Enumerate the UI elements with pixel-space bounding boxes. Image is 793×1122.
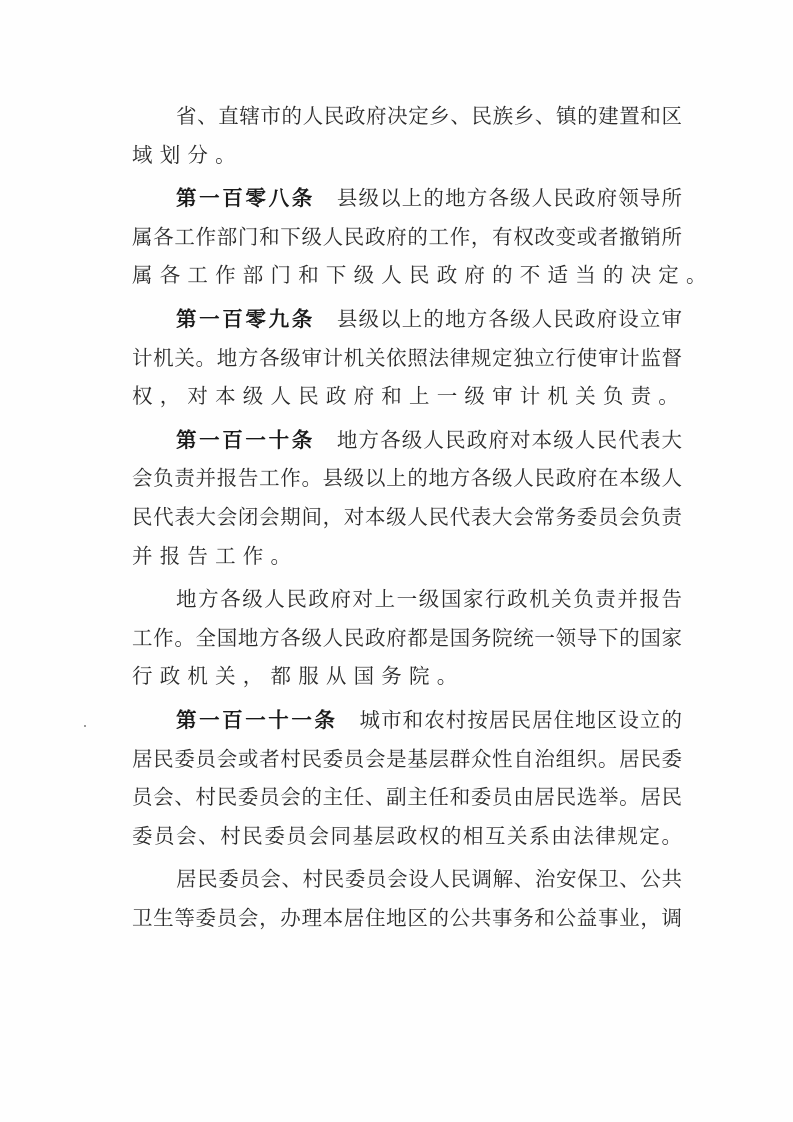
text-line: 第一百零九条县级以上的地方各级人民政府设立审 bbox=[132, 300, 682, 339]
text-line: 第一百零八条县级以上的地方各级人民政府领导所 bbox=[132, 179, 682, 218]
text-line: 员会、村民委员会的主任、副主任和委员由居民选举。居民 bbox=[132, 778, 682, 817]
text-line: 居民委员会、村民委员会设人民调解、治安保卫、公共 bbox=[132, 860, 682, 899]
text-line: 民代表大会闭会期间，对本级人民代表大会常务委员会负责 bbox=[132, 498, 682, 537]
article-text: 地方各级人民政府对本级人民代表大 bbox=[337, 428, 682, 452]
text-line: 委员会、村民委员会同基层政权的相互关系由法律规定。 bbox=[132, 817, 682, 856]
article-text: 城市和农村按居民居住地区设立的 bbox=[360, 708, 683, 732]
text-line: 并报告工作。 bbox=[132, 537, 682, 576]
text-line: 域划分。 bbox=[132, 136, 682, 175]
article-111-paragraph-2: 居民委员会、村民委员会设人民调解、治安保卫、公共 卫生等委员会，办理本居住地区的… bbox=[132, 860, 682, 937]
article-text: 县级以上的地方各级人民政府设立审 bbox=[337, 307, 682, 331]
text-line: 第一百一十条地方各级人民政府对本级人民代表大 bbox=[132, 421, 682, 460]
text-line: 居民委员会或者村民委员会是基层群众性自治组织。居民委 bbox=[132, 740, 682, 779]
text-line: 地方各级人民政府对上一级国家行政机关负责并报告 bbox=[132, 580, 682, 619]
paragraph-continuation: 省、直辖市的人民政府决定乡、民族乡、镇的建置和区 域划分。 bbox=[132, 97, 682, 174]
article-heading: 第一百一十一条 bbox=[176, 708, 338, 732]
document-page: 省、直辖市的人民政府决定乡、民族乡、镇的建置和区 域划分。 第一百零八条县级以上… bbox=[0, 0, 793, 1122]
text-line: 工作。全国地方各级人民政府都是国务院统一领导下的国家 bbox=[132, 619, 682, 658]
text-line: 属各工作部门和下级人民政府的不适当的决定。 bbox=[132, 256, 682, 295]
article-text: 县级以上的地方各级人民政府领导所 bbox=[337, 186, 682, 210]
article-110-paragraph-2: 地方各级人民政府对上一级国家行政机关负责并报告 工作。全国地方各级人民政府都是国… bbox=[132, 580, 682, 696]
text-line: 属各工作部门和下级人民政府的工作，有权改变或者撤销所 bbox=[132, 218, 682, 257]
article-108: 第一百零八条县级以上的地方各级人民政府领导所 属各工作部门和下级人民政府的工作，… bbox=[132, 179, 682, 295]
scan-artifact-dot bbox=[84, 725, 86, 727]
text-line: 权，对本级人民政府和上一级审计机关负责。 bbox=[132, 377, 682, 416]
text-line: 卫生等委员会，办理本居住地区的公共事务和公益事业，调 bbox=[132, 899, 682, 938]
text-line: 计机关。地方各级审计机关依照法律规定独立行使审计监督 bbox=[132, 339, 682, 378]
article-111: 第一百一十一条城市和农村按居民居住地区设立的 居民委员会或者村民委员会是基层群众… bbox=[132, 701, 682, 855]
text-line: 会负责并报告工作。县级以上的地方各级人民政府在本级人 bbox=[132, 459, 682, 498]
article-110: 第一百一十条地方各级人民政府对本级人民代表大 会负责并报告工作。县级以上的地方各… bbox=[132, 421, 682, 575]
article-109: 第一百零九条县级以上的地方各级人民政府设立审 计机关。地方各级审计机关依照法律规… bbox=[132, 300, 682, 416]
article-heading: 第一百零九条 bbox=[176, 307, 315, 331]
document-body: 省、直辖市的人民政府决定乡、民族乡、镇的建置和区 域划分。 第一百零八条县级以上… bbox=[132, 97, 682, 942]
text-line: 省、直辖市的人民政府决定乡、民族乡、镇的建置和区 bbox=[132, 97, 682, 136]
text-line: 第一百一十一条城市和农村按居民居住地区设立的 bbox=[132, 701, 682, 740]
article-heading: 第一百一十条 bbox=[176, 428, 315, 452]
text-line: 行政机关，都服从国务院。 bbox=[132, 657, 682, 696]
article-heading: 第一百零八条 bbox=[176, 186, 315, 210]
